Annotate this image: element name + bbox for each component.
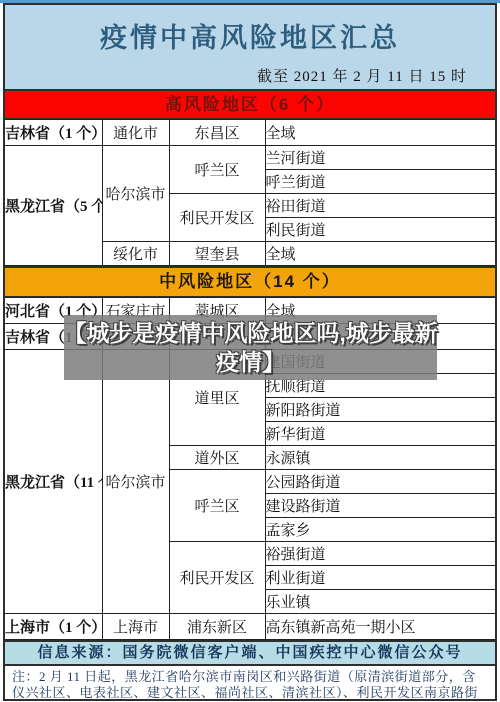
district-cell: 呼兰区 [169,470,265,542]
city-cell: 绥化市 [102,242,169,266]
area-cell: 高东镇新高苑一期小区 [265,614,495,640]
watermark-overlay: 【城步是疫情中风险地区吗,城步最新 疫情】 [64,315,437,380]
risk-table-row: 黑龙江省（5 个）哈尔滨市呼兰区兰河街道 [5,146,495,170]
city-cell: 哈尔滨市 [102,350,169,614]
area-cell: 新华街道 [265,422,495,446]
area-cell: 乐业镇 [265,590,495,614]
area-cell: 孟家乡 [265,518,495,542]
area-cell: 呼兰街道 [265,170,495,194]
area-cell: 新阳路街道 [265,398,495,422]
medium-risk-banner: 中风险地区（14 个） [5,266,495,297]
city-cell: 哈尔滨市 [102,146,169,242]
risk-table-row: 吉林省（1 个）通化市东昌区全域 [5,120,495,146]
district-cell: 利民开发区 [169,194,265,242]
district-cell: 望奎县 [169,242,265,266]
area-cell: 公园路街道 [265,470,495,494]
header: 疫情中高风险地区汇总 截至 2021 年 2 月 11 日 15 时 [5,5,495,91]
province-cell: 黑龙江省（5 个） [5,146,102,266]
area-cell: 利业街道 [265,566,495,590]
area-cell: 裕强街道 [265,542,495,566]
area-cell: 全域 [265,120,495,146]
city-cell: 通化市 [102,120,169,146]
risk-table-row: 上海市（1 个）上海市浦东新区高东镇新高苑一期小区 [5,614,495,640]
province-cell: 上海市（1 个） [5,614,102,640]
area-cell: 全域 [265,242,495,266]
high-risk-table: 吉林省（1 个）通化市东昌区全域黑龙江省（5 个）哈尔滨市呼兰区兰河街道呼兰街道… [5,119,495,266]
province-cell: 黑龙江省（11 个） [5,350,102,614]
city-cell: 上海市 [102,614,169,640]
district-cell: 呼兰区 [169,146,265,194]
source-bar: 信息来源：国务院微信客户端、中国疾控中心微信公众号 [5,640,495,666]
district-cell: 东昌区 [169,120,265,146]
area-cell: 建设路街道 [265,494,495,518]
province-cell: 吉林省（1 个） [5,120,102,146]
page-title: 疫情中高风险地区汇总 [5,5,495,55]
area-cell: 利民街道 [265,218,495,242]
infographic-root: 疫情中高风险地区汇总 截至 2021 年 2 月 11 日 15 时 高风险地区… [0,0,500,702]
area-cell: 兰河街道 [265,146,495,170]
high-risk-banner: 高风险地区（6 个） [5,91,495,119]
district-cell: 道外区 [169,446,265,470]
district-cell: 利民开发区 [169,542,265,614]
high-risk-table-body: 吉林省（1 个）通化市东昌区全域黑龙江省（5 个）哈尔滨市呼兰区兰河街道呼兰街道… [5,120,495,266]
as-of-date: 截至 2021 年 2 月 11 日 15 时 [5,65,495,86]
district-cell: 浦东新区 [169,614,265,640]
watermark-line1: 【城步是疫情中风险地区吗,城步最新 [63,319,437,348]
footnote: 注：2 月 11 日起，黑龙江省哈尔滨市南岗区和兴路街道（原清滨街道部分，含仪兴… [5,666,495,699]
area-cell: 裕田街道 [265,194,495,218]
watermark-line2: 疫情】 [216,348,285,377]
area-cell: 永源镇 [265,446,495,470]
